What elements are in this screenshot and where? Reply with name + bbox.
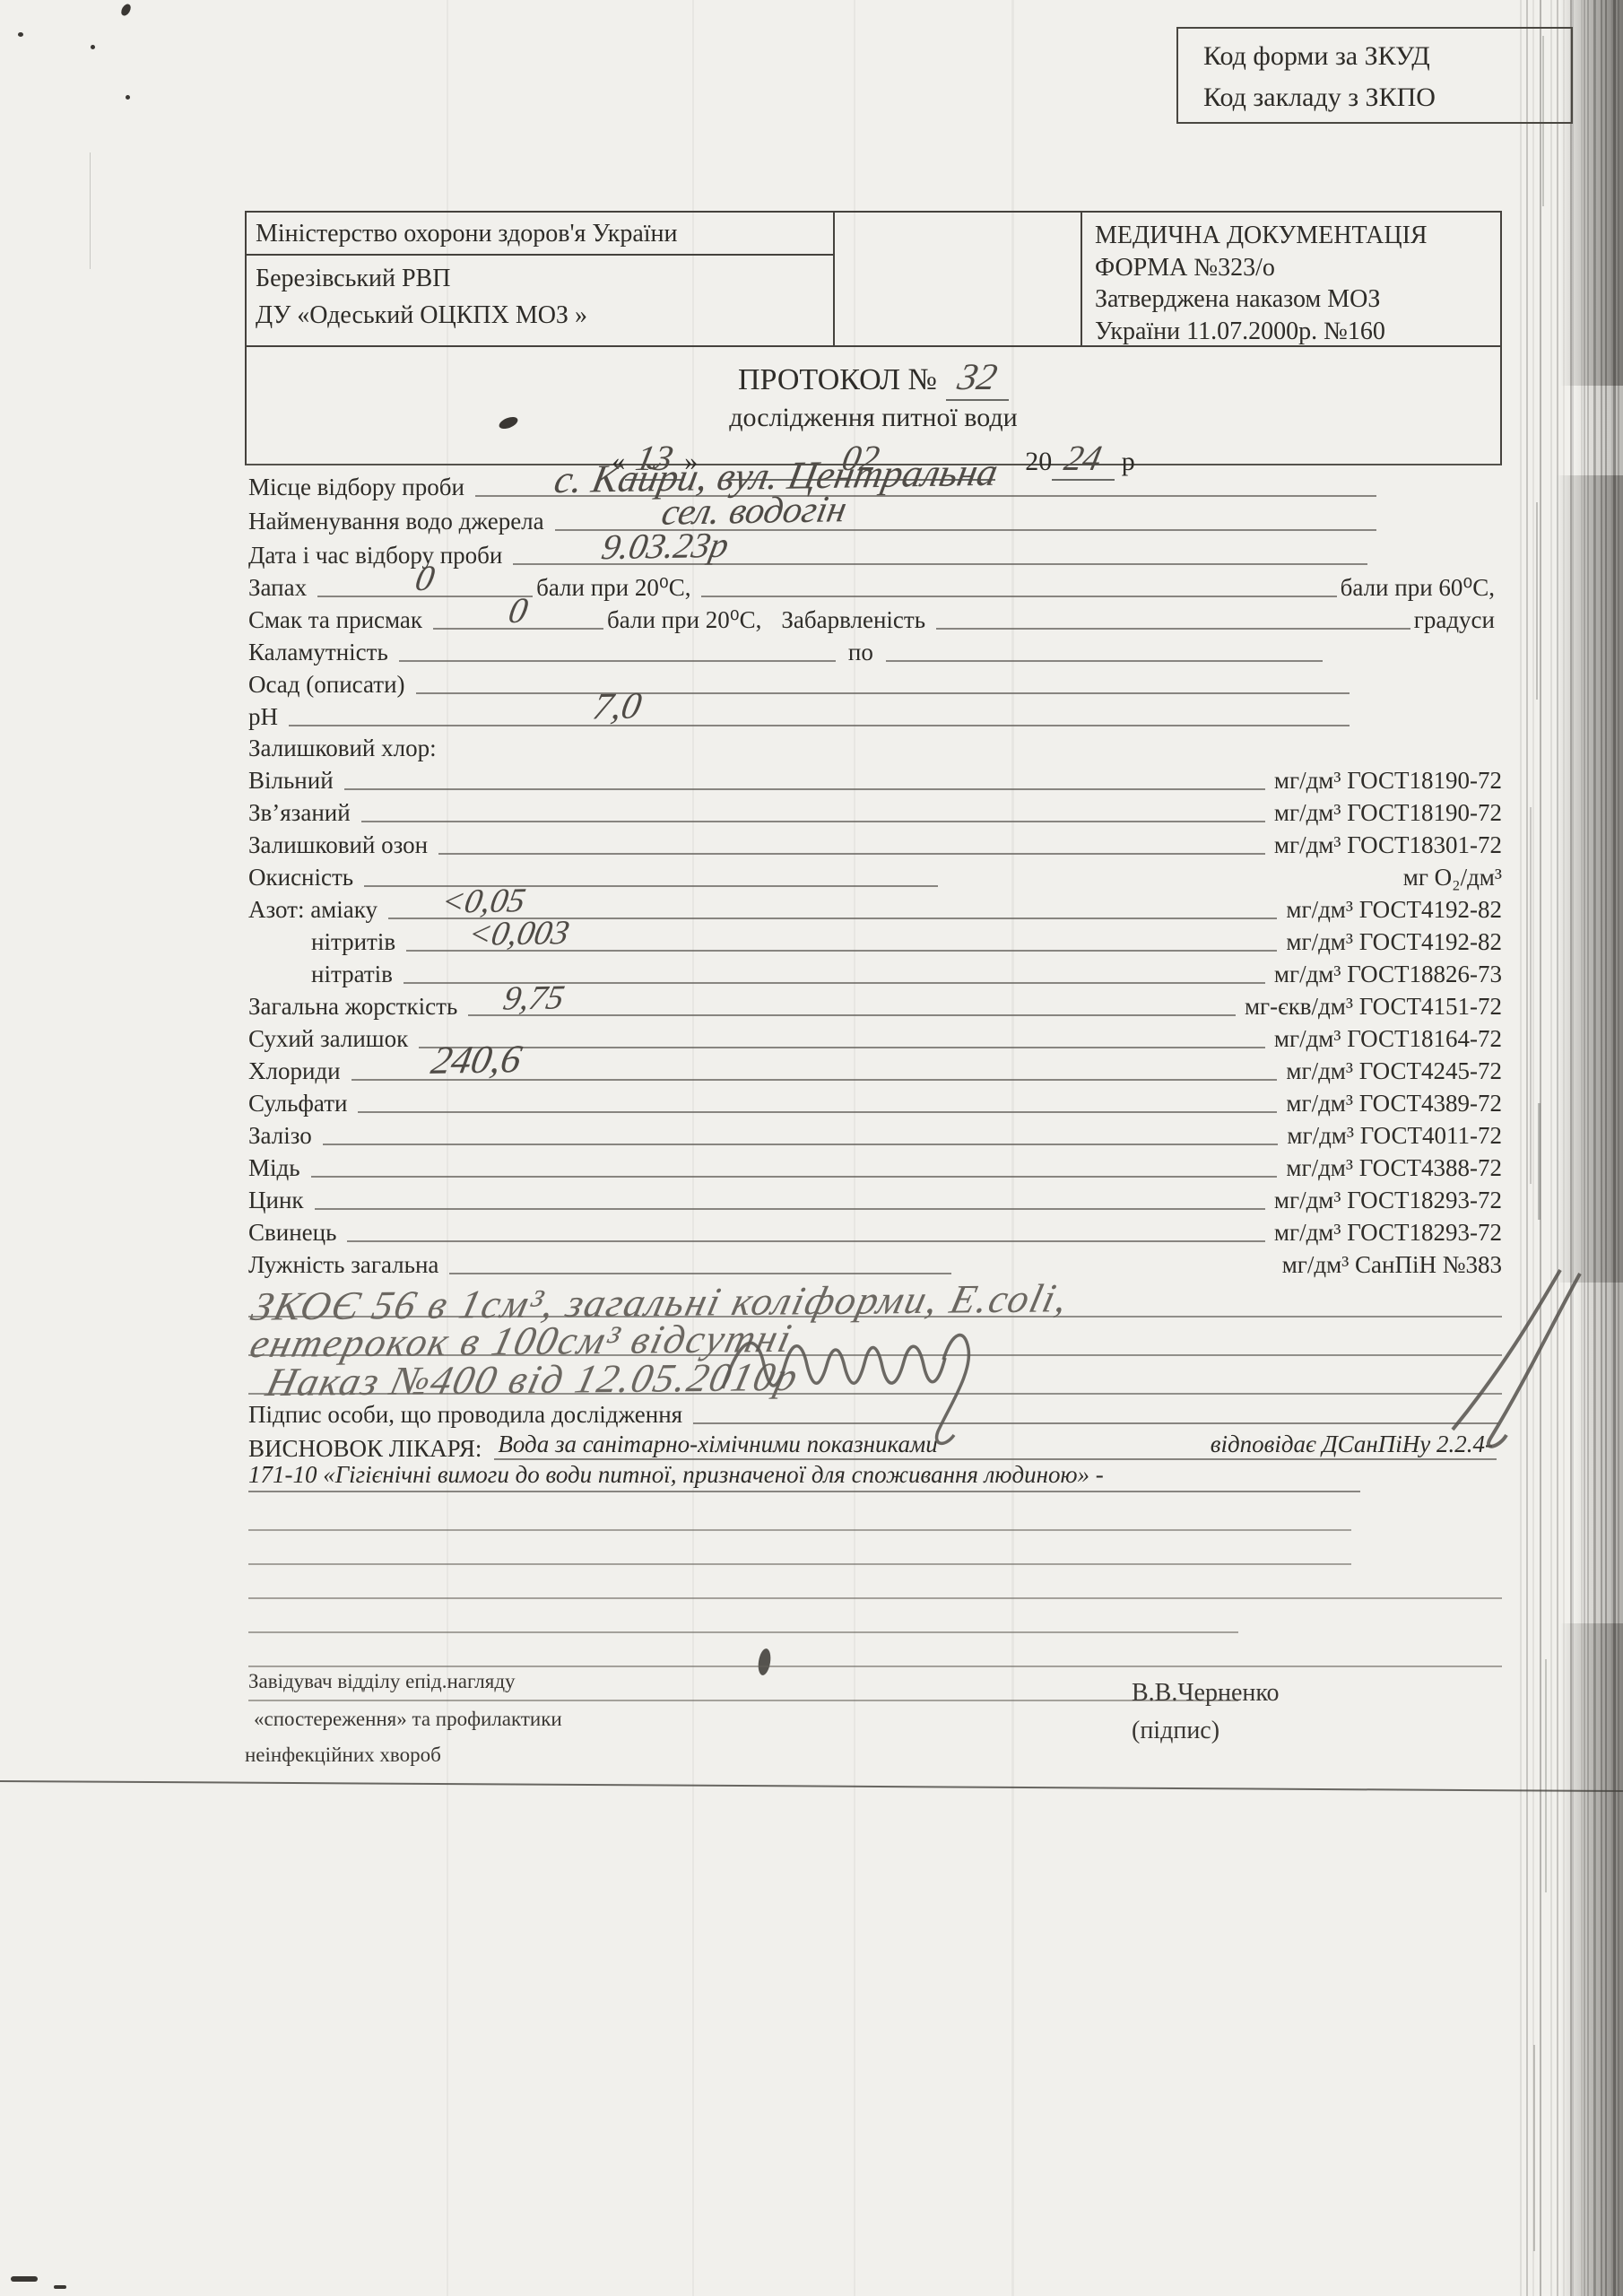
- param-label: Залишковий озон: [248, 831, 435, 859]
- ink-speck: [119, 3, 133, 18]
- color-label: Забарвленість: [768, 606, 933, 634]
- param-label: нітратів: [248, 961, 400, 988]
- param-line: [438, 826, 1265, 855]
- param-value: 240,6: [427, 1036, 525, 1083]
- scanner-streak-line: [1593, 0, 1596, 2296]
- param-unit: мг-єкв/дм³ ГОСТ4151-72: [1239, 993, 1502, 1021]
- param-line: [419, 1020, 1265, 1048]
- param-row-ammonia: Азот: аміаку <0,05 мг/дм³ ГОСТ4192-82: [248, 891, 1502, 924]
- param-label: Сульфати: [248, 1090, 354, 1118]
- protocol-title: ПРОТОКОЛ №: [738, 363, 937, 396]
- turbidity-line: [399, 633, 836, 662]
- field-source: Найменування водо джерела сел. водогін: [248, 501, 1502, 535]
- param-row-nitrates: нітратів мг/дм³ ГОСТ18826-73: [248, 956, 1502, 988]
- param-row-iron: Залізо мг/дм³ ГОСТ4011-72: [248, 1118, 1502, 1150]
- scanner-streak-line: [1530, 807, 1532, 1184]
- color-unit: градуси: [1414, 606, 1502, 634]
- scanner-streak-line: [1572, 0, 1574, 2296]
- param-unit: мг/дм³ ГОСТ4388-72: [1280, 1154, 1502, 1182]
- ph-label: рН: [248, 703, 285, 731]
- param-unit: мг/дм³ ГОСТ18301-72: [1269, 831, 1502, 859]
- footer-sign-caption: (підпис): [1132, 1717, 1219, 1745]
- conclusion-line-2: 171-10 «Гігієнічні вимоги до води питної…: [248, 1464, 1360, 1492]
- org-names: Березівський РВП ДУ «Одеський ОЦКПХ МОЗ …: [247, 256, 833, 334]
- org-line1: Березівський РВП: [256, 261, 828, 298]
- ink-speck: [126, 95, 130, 100]
- field-sediment: Осад (описати): [248, 666, 1502, 699]
- taste-unit-20: бали при 20⁰С,: [607, 606, 768, 634]
- protocol-title-block: ПРОТОКОЛ №32 дослідження питної води «13…: [245, 347, 1502, 465]
- param-line: [449, 1246, 951, 1274]
- param-unit: мг О₂/дм³: [1398, 864, 1502, 891]
- param-line: [358, 1084, 1277, 1113]
- protocol-number: 32: [954, 356, 1001, 399]
- param-label: Окисність: [248, 864, 360, 891]
- param-row-nitrites: нітритів <0,003 мг/дм³ ГОСТ4192-82: [248, 924, 1502, 956]
- param-row-sulfates: Сульфати мг/дм³ ГОСТ4389-72: [248, 1085, 1502, 1118]
- param-line: [323, 1117, 1279, 1145]
- scanner-streak-line: [1605, 0, 1607, 2296]
- doc-approved-line1: Затверджена наказом МОЗ: [1095, 283, 1497, 316]
- param-line: 240,6: [352, 1052, 1278, 1081]
- param-unit: мг/дм³ ГОСТ4192-82: [1280, 928, 1502, 956]
- param-row-chlorides: Хлориди 240,6 мг/дм³ ГОСТ4245-72: [248, 1053, 1502, 1085]
- param-unit: мг/дм³ ГОСТ18190-72: [1269, 799, 1502, 827]
- analyst-sign-label: Підпис особи, що проводила дослідження: [248, 1401, 690, 1429]
- conclusion-label: ВИСНОВОК ЛІКАРЯ:: [248, 1435, 489, 1463]
- ink-speck: [18, 32, 23, 37]
- param-line: [344, 761, 1265, 790]
- param-label: Сухий залишок: [248, 1025, 415, 1053]
- doc-form-number: ФОРМА №323/о: [1095, 252, 1497, 284]
- param-line: <0,003: [406, 923, 1277, 952]
- param-label: Загальна жорсткість: [248, 993, 464, 1021]
- param-unit: мг/дм³ ГОСТ18190-72: [1269, 767, 1502, 795]
- smell-label: Запах: [248, 574, 314, 602]
- footer-position-line3: неінфекційних хвороб: [245, 1744, 441, 1767]
- ink-speck: [91, 45, 95, 49]
- scanner-streak-line: [1536, 502, 1538, 700]
- footer-position-line1: Завідувач відділу епід.нагляду: [248, 1670, 516, 1693]
- param-value: <0,003: [465, 913, 573, 954]
- param-unit: мг/дм³ ГОСТ18293-72: [1269, 1219, 1502, 1247]
- param-line: [311, 1149, 1278, 1178]
- blank-line: [248, 1497, 1351, 1531]
- edge-mark: [54, 2285, 66, 2289]
- param-label: Залізо: [248, 1122, 319, 1150]
- field-taste: Смак та присмак 0 бали при 20⁰С, Забарвл…: [248, 602, 1502, 634]
- taste-line: 0: [433, 601, 603, 630]
- param-label: Свинець: [248, 1219, 343, 1247]
- scanned-protocol-page: Код форми за ЗКУД Код закладу з ЗКПО Мін…: [0, 0, 1623, 2296]
- source-label: Найменування водо джерела: [248, 508, 551, 535]
- param-row-copper: Мідь мг/дм³ ГОСТ4388-72: [248, 1150, 1502, 1182]
- doc-info-cell: МЕДИЧНА ДОКУМЕНТАЦІЯ ФОРМА №323/о Затвер…: [1082, 213, 1500, 345]
- issuer-cell: Міністерство охорони здоров'я України Бе…: [247, 213, 835, 345]
- protocol-subtitle: дослідження питної води: [247, 403, 1500, 433]
- residual-chlorine-header: Залишковий хлор:: [248, 735, 444, 762]
- smell-unit-60: бали при 60⁰С,: [1341, 574, 1502, 602]
- header-empty-cell: [835, 213, 1082, 345]
- blank-line: [248, 1599, 1238, 1633]
- datetime-line: 9.03.23р: [513, 536, 1367, 565]
- field-smell: Запах 0 бали при 20⁰С, бали при 60⁰С,: [248, 570, 1502, 602]
- taste-label: Смак та присмак: [248, 606, 430, 634]
- codes-box: Код форми за ЗКУД Код закладу з ЗКПО: [1176, 27, 1573, 124]
- field-place: Місце відбору проби с. Кайри, вул. Центр…: [248, 467, 1502, 501]
- param-unit: мг/дм³ ГОСТ4245-72: [1280, 1057, 1502, 1085]
- color-line: [936, 601, 1410, 630]
- param-unit: мг/дм³ ГОСТ18826-73: [1269, 961, 1502, 988]
- doc-approved-line2: України 11.07.2000р. №160: [1095, 316, 1497, 348]
- footer-position-line2: «спостереження» та профилактики: [254, 1708, 562, 1731]
- code-zkpo-label: Код закладу з ЗКПО: [1203, 77, 1571, 118]
- param-unit: мг/дм³ ГОСТ4011-72: [1281, 1122, 1502, 1150]
- org-line2: ДУ «Одеський ОЦКПХ МОЗ »: [256, 298, 828, 335]
- ph-value: 7,0: [589, 685, 645, 729]
- field-turbidity: Каламутність по: [248, 634, 1502, 666]
- param-line: [347, 1213, 1265, 1242]
- sediment-line: [416, 665, 1350, 694]
- ph-line: 7,0: [289, 698, 1350, 726]
- scanner-streak-line: [1538, 1103, 1541, 1220]
- param-label: Хлориди: [248, 1057, 348, 1085]
- param-label: Лужність загальна: [248, 1251, 446, 1279]
- micro-result-row: ЗКОЄ 56 в 1см³, загальні коліформи, Е.со…: [248, 1279, 1502, 1318]
- sediment-label: Осад (описати): [248, 671, 412, 699]
- blank-line: [248, 1565, 1502, 1599]
- turbidity-label: Каламутність: [248, 639, 395, 666]
- doctor-signature-stroke: [1426, 1263, 1605, 1451]
- param-unit: мг/дм³ ГОСТ4192-82: [1280, 896, 1502, 924]
- param-label: Азот: аміаку: [248, 896, 385, 924]
- scanner-streak-line: [1545, 1659, 1547, 1892]
- param-row-lead: Свинець мг/дм³ ГОСТ18293-72: [248, 1214, 1502, 1247]
- smell-unit-20: бали при 20⁰С,: [536, 574, 698, 602]
- param-unit: мг/дм³ ГОСТ4389-72: [1280, 1090, 1502, 1118]
- scanner-streak-line: [1584, 0, 1585, 2296]
- place-label: Місце відбору проби: [248, 474, 472, 501]
- header-table: Міністерство охорони здоров'я України Бе…: [245, 211, 1502, 347]
- blank-line: [248, 1531, 1351, 1565]
- param-row-hardness: Загальна жорсткість 9,75 мг-єкв/дм³ ГОСТ…: [248, 988, 1502, 1021]
- scratch-line: [90, 152, 91, 269]
- field-ph: рН 7,0: [248, 699, 1502, 731]
- param-label: Цинк: [248, 1187, 311, 1214]
- place-line: с. Кайри, вул. Центральна: [475, 468, 1376, 497]
- smell-line-20: 0: [317, 569, 533, 597]
- conclusion-text3: 171-10 «Гігієнічні вимоги до води питної…: [248, 1461, 1104, 1489]
- turbidity-line-2: [886, 633, 1323, 662]
- protocol-title-line: ПРОТОКОЛ №32: [247, 356, 1500, 401]
- param-row-zinc: Цинк мг/дм³ ГОСТ18293-72: [248, 1182, 1502, 1214]
- footer-rule-line: [0, 1780, 1623, 1792]
- datetime-value: 9.03.23р: [599, 524, 733, 568]
- scanner-streak-line: [1613, 0, 1616, 2296]
- datetime-label: Дата і час відбору проби: [248, 542, 509, 570]
- edge-mark: [11, 2276, 38, 2282]
- footer-name: В.В.Черненко: [1132, 1679, 1280, 1708]
- code-zkud-label: Код форми за ЗКУД: [1203, 36, 1571, 77]
- param-line: [315, 1181, 1265, 1210]
- param-label: Мідь: [248, 1154, 308, 1182]
- scanner-streak-line: [1533, 2045, 1535, 2251]
- param-unit: мг/дм³ ГОСТ18293-72: [1269, 1187, 1502, 1214]
- param-unit: мг/дм³ ГОСТ18164-72: [1269, 1025, 1502, 1053]
- form-body: Місце відбору проби с. Кайри, вул. Центр…: [248, 467, 1502, 1701]
- smell-line-60: [701, 569, 1336, 597]
- param-label: Вільний: [248, 767, 341, 795]
- param-row-residual-ozone: Залишковий озон мг/дм³ ГОСТ18301-72: [248, 827, 1502, 859]
- ministry-name: Міністерство охорони здоров'я України: [247, 213, 833, 256]
- doc-title: МЕДИЧНА ДОКУМЕНТАЦІЯ: [1095, 220, 1497, 252]
- residual-chlorine-header-row: Залишковий хлор:: [248, 731, 1502, 762]
- param-line: 9,75: [468, 987, 1236, 1016]
- param-line: [361, 794, 1265, 822]
- param-value: 9,75: [500, 978, 568, 1018]
- turbidity-po: по: [839, 639, 882, 666]
- param-row-bound-chlorine: Зв’язаний мг/дм³ ГОСТ18190-72: [248, 795, 1502, 827]
- analyst-signature: [717, 1318, 1040, 1453]
- blank-line: [248, 1633, 1502, 1667]
- param-row-free-chlorine: Вільний мг/дм³ ГОСТ18190-72: [248, 762, 1502, 795]
- param-label: Зв’язаний: [248, 799, 358, 827]
- conclusion-row-2: 171-10 «Гігієнічні вимоги до води питної…: [248, 1463, 1502, 1497]
- param-row-oxidability: Окисність мг О₂/дм³: [248, 859, 1502, 891]
- param-row-alkalinity: Лужність загальна мг/дм³ СанПіН №383: [248, 1247, 1502, 1279]
- param-label: нітритів: [248, 928, 403, 956]
